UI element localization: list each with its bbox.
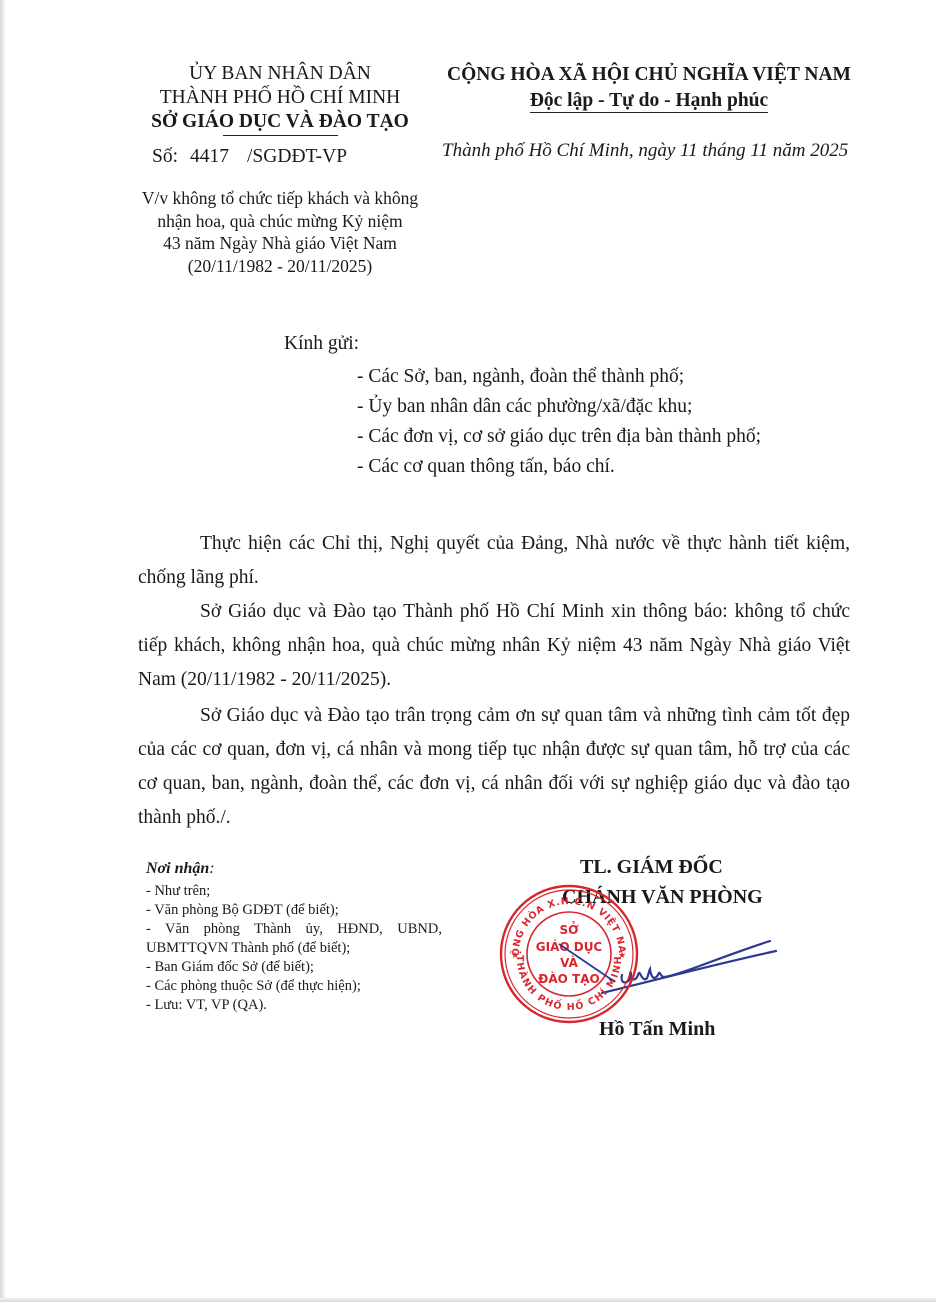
authority-department: SỞ GIÁO DỤC VÀ ĐÀO TẠO xyxy=(130,110,430,134)
svg-text:★: ★ xyxy=(511,951,519,961)
distribution-item: - Các phòng thuộc Sở (để thực hiện); xyxy=(146,977,442,996)
number-value: 4417 xyxy=(190,146,229,167)
number-label: Số: xyxy=(152,146,178,167)
authority-line-1: ỦY BAN NHÂN DÂN xyxy=(130,62,430,86)
distribution-title: Nơi nhận: xyxy=(146,860,215,878)
distribution-item: - Ban Giám đốc Sở (để biết); xyxy=(146,958,442,977)
svg-text:SỞ: SỞ xyxy=(559,921,579,937)
body-paragraph-3: Sở Giáo dục và Đào tạo trân trọng cảm ơn… xyxy=(138,699,850,835)
recipients-label: Kính gửi: xyxy=(284,333,359,355)
svg-text:VÀ: VÀ xyxy=(560,955,578,970)
distribution-item: - Văn phòng Bộ GDĐT (để biết); xyxy=(146,901,442,920)
subject-line: 43 năm Ngày Nhà giáo Việt Nam xyxy=(130,232,430,255)
page-edge-bottom xyxy=(0,1298,936,1302)
nation-name: CỘNG HÒA XÃ HỘI CHỦ NGHĨA VIỆT NAM xyxy=(420,62,878,88)
recipient-item: - Ủy ban nhân dân các phường/xã/đặc khu; xyxy=(357,392,761,422)
document-subject: V/v không tổ chức tiếp khách và không nh… xyxy=(130,187,430,277)
distribution-item: UBMTTQVN Thành phố (để biết); xyxy=(146,939,442,958)
recipient-item: - Các đơn vị, cơ sở giáo dục trên địa bà… xyxy=(357,422,761,452)
signatory-title: TL. GIÁM ĐỐC xyxy=(580,856,723,879)
subject-line: nhận hoa, quà chúc mừng Kỷ niệm xyxy=(130,210,430,233)
distribution-title-colon: : xyxy=(209,860,214,877)
issuing-authority: ỦY BAN NHÂN DÂN THÀNH PHỐ HỒ CHÍ MINH SỞ… xyxy=(130,62,430,136)
distribution-title-text: Nơi nhận xyxy=(146,860,209,877)
signatory-name: Hồ Tấn Minh xyxy=(599,1018,715,1041)
national-motto: Độc lập - Tự do - Hạnh phúc xyxy=(530,90,768,113)
distribution-item: - Như trên; xyxy=(146,882,442,901)
body-paragraph-1: Thực hiện các Chỉ thị, Nghị quyết của Đả… xyxy=(138,527,850,595)
subject-line: (20/11/1982 - 20/11/2025) xyxy=(130,255,430,278)
svg-text:ĐÀO TẠO: ĐÀO TẠO xyxy=(538,971,599,986)
number-code: /SGDĐT-VP xyxy=(247,146,347,167)
official-seal-icon: CỘNG HÒA X.H.C.N VIỆT NAM THÀNH PHỐ HỒ C… xyxy=(497,882,641,1026)
distribution-item: - Lưu: VT, VP (QA). xyxy=(146,996,442,1015)
subject-line: V/v không tổ chức tiếp khách và không xyxy=(130,187,430,210)
recipient-item: - Các cơ quan thông tấn, báo chí. xyxy=(357,452,761,482)
recipients-list: - Các Sở, ban, ngành, đoàn thể thành phố… xyxy=(357,362,761,482)
svg-text:★: ★ xyxy=(618,951,626,961)
distribution-list: - Như trên; - Văn phòng Bộ GDĐT (để biết… xyxy=(146,882,442,1015)
national-header: CỘNG HÒA XÃ HỘI CHỦ NGHĨA VIỆT NAM Độc l… xyxy=(420,62,878,114)
body-paragraph-2: Sở Giáo dục và Đào tạo Thành phố Hồ Chí … xyxy=(138,595,850,697)
page-edge-left xyxy=(0,0,5,1302)
document-number: Số:4417/SGDĐT-VP xyxy=(152,146,347,168)
authority-underline xyxy=(223,135,338,136)
distribution-item: - Văn phòng Thành ủy, HĐND, UBND, xyxy=(146,920,442,939)
recipient-item: - Các Sở, ban, ngành, đoàn thể thành phố… xyxy=(357,362,761,392)
place-and-date: Thành phố Hồ Chí Minh, ngày 11 tháng 11 … xyxy=(442,140,848,162)
authority-line-2: THÀNH PHỐ HỒ CHÍ MINH xyxy=(130,86,430,110)
